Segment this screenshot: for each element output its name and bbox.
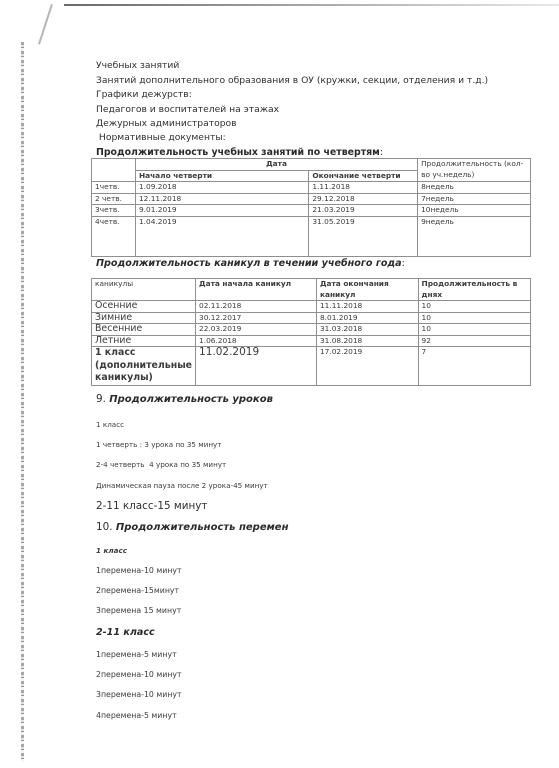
- table-row: Весенние 22.03.2019 31.03.2018 10: [92, 324, 531, 336]
- holiday-name-cell: Зимние: [92, 312, 196, 324]
- intro-line: Графики дежурств:: [96, 89, 192, 100]
- holiday-name-cell: Летние: [92, 335, 196, 347]
- holidays-header-end: Дата окончания каникул: [316, 279, 418, 301]
- table-row: Зимние 30.12.2017 8.01.2019 10: [92, 312, 531, 324]
- duration-cell: 92: [418, 335, 530, 347]
- duration-cell: 7: [418, 347, 530, 386]
- holiday-name-cell: Осенние: [92, 301, 196, 313]
- duration-cell: 10: [418, 301, 530, 313]
- start-cell: 11.02.2019: [196, 347, 317, 386]
- lessons-heading-text: Продолжительность уроков: [109, 394, 273, 405]
- start-cell: 12.11.2018: [135, 193, 308, 205]
- end-cell: 31.05.2019: [309, 216, 418, 256]
- duration-cell: 7недель: [418, 193, 531, 205]
- scan-page-edge-top: [64, 4, 559, 6]
- start-cell: 02.11.2018: [196, 301, 317, 313]
- holiday-name-cell: Весенние: [92, 324, 196, 336]
- scan-page-edge-left: [21, 42, 24, 762]
- table-row: 1 класс (дополнительные каникулы) 11.02.…: [92, 347, 531, 386]
- start-cell: 1.04.2019: [135, 216, 308, 256]
- holiday-name-cell: 1 класс (дополнительные каникулы): [92, 347, 196, 386]
- holidays-table: каникулы Дата начала каникул Дата оконча…: [91, 278, 531, 386]
- intro-line: Учебных занятий: [96, 60, 179, 71]
- lessons-line: 2-4 четверть 4 урока по 35 минут: [96, 460, 226, 469]
- breaks-heading-text: Продолжительность перемен: [116, 522, 289, 533]
- intro-line: Занятий дополнительного образования в ОУ…: [96, 75, 488, 86]
- intro-line: Нормативные документы:: [96, 132, 226, 143]
- holidays-header-name: каникулы: [92, 279, 196, 301]
- duration-cell: 10: [418, 324, 530, 336]
- lessons-line: Динамическая пауза после 2 урока-45 мину…: [96, 481, 268, 490]
- start-cell: 22.03.2019: [196, 324, 317, 336]
- quarters-heading-colon: :: [380, 147, 383, 158]
- holidays-heading-text: Продолжительность каникул в течении учеб…: [96, 258, 402, 269]
- end-cell: 31.08.2018: [316, 335, 418, 347]
- end-cell: 8.01.2019: [316, 312, 418, 324]
- quarters-heading: Продолжительность учебных занятий по чет…: [96, 147, 383, 158]
- duration-cell: 9недель: [418, 216, 531, 256]
- break-item: 4перемена-5 минут: [96, 711, 177, 720]
- table-row: 2 четв. 12.11.2018 29.12.2018 7недель: [92, 193, 531, 205]
- quarter-cell: 4четв.: [92, 216, 136, 256]
- quarters-header-start: Начало четверти: [135, 170, 308, 182]
- table-row: 3четв. 9.01.2019 21.03.2019 10недель: [92, 205, 531, 217]
- breaks-heading: 10. Продолжительность перемен: [96, 521, 288, 533]
- break-item: 1перемена-5 минут: [96, 650, 177, 659]
- duration-cell: 10: [418, 312, 530, 324]
- table-row: Осенние 02.11.2018 11.11.2018 10: [92, 301, 531, 313]
- break-item: 1перемена-10 минут: [96, 566, 182, 575]
- lessons-line: 1 класс: [96, 420, 124, 429]
- intro-line: Педагогов и воспитателей на этажах: [96, 104, 279, 115]
- lessons-line: 1 четверть : 3 урока по 35 минут: [96, 440, 222, 449]
- end-cell: 29.12.2018: [309, 193, 418, 205]
- break-item: 2перемена-15минут: [96, 586, 179, 595]
- lessons-other: 2-11 класс-15 минут: [96, 500, 207, 512]
- end-cell: 21.03.2019: [309, 205, 418, 217]
- start-cell: 9.01.2019: [135, 205, 308, 217]
- table-row: 1четв. 1.09.2018 1.11.2018 8недель: [92, 182, 531, 194]
- holidays-heading-colon: :: [402, 258, 405, 269]
- lessons-heading: 9. Продолжительность уроков: [96, 393, 273, 405]
- table-row: 4четв. 1.04.2019 31.05.2019 9недель: [92, 216, 531, 256]
- holidays-heading: Продолжительность каникул в течении учеб…: [96, 258, 405, 269]
- holidays-header-start: Дата начала каникул: [196, 279, 317, 301]
- intro-line: Дежурных администраторов: [96, 118, 237, 129]
- quarters-header-date: Дата: [135, 159, 417, 171]
- end-cell: 17.02.2019: [316, 347, 418, 386]
- end-cell: 31.03.2018: [316, 324, 418, 336]
- lessons-heading-number: 9.: [96, 393, 109, 405]
- quarter-cell: 2 четв.: [92, 193, 136, 205]
- end-cell: 1.11.2018: [309, 182, 418, 194]
- table-row: Летние 1.06.2018 31.08.2018 92: [92, 335, 531, 347]
- scan-page-edge-corner: [38, 4, 53, 45]
- duration-cell: 8недель: [418, 182, 531, 194]
- break-item: 3перемена 15 минут: [96, 606, 181, 615]
- quarter-cell: 3четв.: [92, 205, 136, 217]
- quarters-heading-text: Продолжительность учебных занятий по чет…: [96, 147, 380, 158]
- breaks-heading-number: 10.: [96, 521, 116, 533]
- start-cell: 1.09.2018: [135, 182, 308, 194]
- break-item: 2перемена-10 минут: [96, 670, 182, 679]
- start-cell: 30.12.2017: [196, 312, 317, 324]
- quarters-header-empty: [92, 159, 136, 182]
- break-item: 3перемена-10 минут: [96, 690, 182, 699]
- end-cell: 11.11.2018: [316, 301, 418, 313]
- quarter-cell: 1четв.: [92, 182, 136, 194]
- start-cell: 1.06.2018: [196, 335, 317, 347]
- breaks-group2-label: 2-11 класс: [96, 627, 155, 638]
- holidays-header-duration: Продолжительность в днях: [418, 279, 530, 301]
- quarters-table: Дата Продолжительность (кол-во уч.недель…: [91, 158, 531, 257]
- quarters-header-end: Окончание четверти: [309, 170, 418, 182]
- quarters-header-duration: Продолжительность (кол-во уч.недель): [418, 159, 531, 182]
- duration-cell: 10недель: [418, 205, 531, 217]
- breaks-group1-label: 1 класс: [96, 546, 127, 555]
